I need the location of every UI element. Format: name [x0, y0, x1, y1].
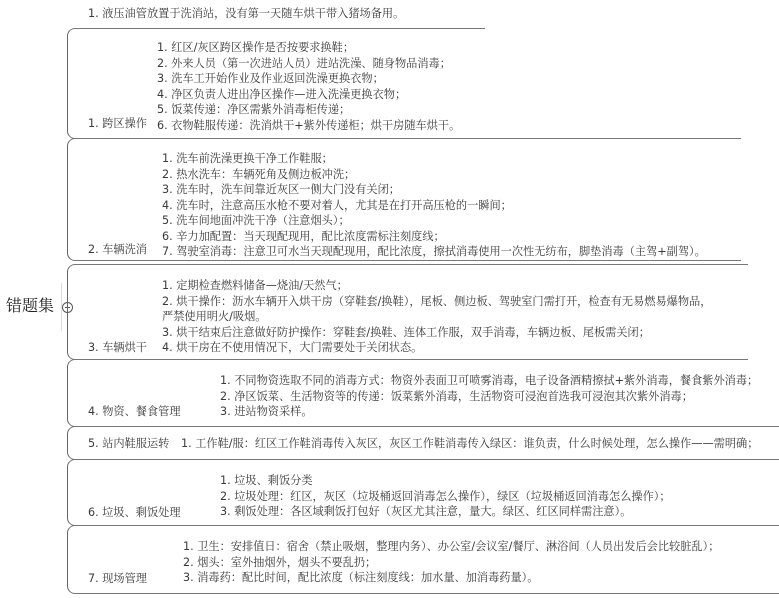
category-box-7: 7. 现场管理 1. 卫生：安排值日：宿舍（禁止吸烟，整理内务）、办公室/会议室…	[67, 525, 779, 594]
list-item[interactable]: 3. 洗车时，洗车间靠近灰区一侧大门没有关闭；	[162, 182, 706, 198]
list-item[interactable]: 6. 辛力加配置：当天现配现用，配比浓度需标注刻度线；	[162, 229, 706, 245]
list-item[interactable]: 1. 定期检查燃料储备—烧油/天然气；	[162, 278, 711, 294]
list-item[interactable]: 1. 工作鞋/服：红区工作鞋消毒传入灰区，灰区工作鞋消毒传入绿区：谁负责，什么时…	[181, 436, 758, 452]
list-item[interactable]: 5. 饭菜传递：净区需紫外消毒柜传递；	[157, 102, 460, 118]
category-items: 1. 不同物资选取不同的消毒方式：物资外表面卫可喷雾消毒，电子设备酒精擦拭+紫外…	[220, 373, 758, 420]
list-item[interactable]: 2. 烘干操作：沥水车辆开入烘干房（穿鞋套/换鞋），尾板、侧边板、驾驶室门需打开…	[162, 294, 711, 310]
list-item[interactable]: 2. 外来人员（第一次进站人员）进站洗澡、随身物品消毒；	[157, 56, 460, 72]
list-item[interactable]: 2. 热水洗车：车辆死角及侧边板冲洗；	[162, 167, 706, 183]
list-item[interactable]: 3. 进站物资采样。	[220, 404, 758, 420]
category-items: 1. 定期检查燃料储备—烧油/天然气； 2. 烘干操作：沥水车辆开入烘干房（穿鞋…	[162, 278, 711, 356]
list-item[interactable]: 1. 不同物资选取不同的消毒方式：物资外表面卫可喷雾消毒，电子设备酒精擦拭+紫外…	[220, 373, 758, 389]
category-items: 1. 红区/灰区跨区操作是否按要求换鞋； 2. 外来人员（第一次进站人员）进站洗…	[157, 40, 460, 133]
category-label[interactable]: 6. 垃圾、剩饭处理	[88, 505, 181, 521]
category-label[interactable]: 4. 物资、餐食管理	[88, 404, 181, 420]
list-item[interactable]: 1. 红区/灰区跨区操作是否按要求换鞋；	[157, 40, 460, 56]
category-items: 1. 洗车前洗澡更换干净工作鞋服； 2. 热水洗车：车辆死角及侧边板冲洗； 3.…	[162, 151, 706, 260]
list-item[interactable]: 2. 烟头：室外抽烟外，烟头不要乱扔；	[183, 555, 719, 571]
category-label[interactable]: 3. 车辆烘干	[88, 340, 147, 356]
category-label[interactable]: 7. 现场管理	[88, 571, 147, 587]
list-item[interactable]: 2. 净区饭菜、生活物资等的传递：饭菜紫外消毒，生活物资可浸泡首选我可浸泡其次紫…	[220, 389, 758, 405]
category-box-3: 3. 车辆烘干 1. 定期检查燃料储备—烧油/天然气； 2. 烘干操作：沥水车辆…	[67, 264, 748, 360]
top-note[interactable]: 1. 液压油管放置于洗消站，没有第一天随车烘干带入猪场备用。	[88, 6, 404, 22]
list-item[interactable]: 3. 烘干结束后注意做好防护操作：穿鞋套/换鞋、连体工作服，双手消毒，车辆边板、…	[162, 325, 711, 341]
list-item[interactable]: 2. 垃圾处理：红区，灰区（垃圾桶返回消毒怎么操作），绿区（垃圾桶返回消毒怎么操…	[220, 489, 671, 505]
category-label[interactable]: 2. 车辆洗消	[88, 242, 147, 258]
list-item[interactable]: 4. 烘干房在不使用情况下，大门需要处于关闭状态。	[162, 340, 711, 356]
list-item[interactable]: 6. 衣物鞋服传递：洗消烘干+紫外传递柜；烘干房随车烘干。	[157, 118, 460, 134]
list-item[interactable]: 5. 洗车间地面冲洗干净（注意烟头）；	[162, 213, 706, 229]
list-item[interactable]: 4. 洗车时，注意高压水枪不要对着人，尤其是在打开高压枪的一瞬间；	[162, 198, 706, 214]
category-box-2: 2. 车辆洗消 1. 洗车前洗澡更换干净工作鞋服； 2. 热水洗车：车辆死角及侧…	[67, 138, 741, 261]
list-item[interactable]: 3. 消毒药：配比时间，配比浓度（标注刻度线：加水量、加消毒药量）。	[183, 570, 719, 586]
category-box-6: 6. 垃圾、剩饭处理 1. 垃圾、剩饭分类 2. 垃圾处理：红区，灰区（垃圾桶返…	[67, 459, 779, 526]
category-box-4: 4. 物资、餐食管理 1. 不同物资选取不同的消毒方式：物资外表面卫可喷雾消毒，…	[67, 359, 748, 427]
category-box-1: 1. 跨区操作 1. 红区/灰区跨区操作是否按要求换鞋； 2. 外来人员（第一次…	[67, 28, 485, 139]
list-item[interactable]: 4. 净区负责人进出净区操作—进入洗澡更换衣物；	[157, 87, 460, 103]
category-box-5: 5. 站内鞋服运转 1. 工作鞋/服：红区工作鞋消毒传入灰区，灰区工作鞋消毒传入…	[67, 426, 779, 460]
category-items: 1. 垃圾、剩饭分类 2. 垃圾处理：红区，灰区（垃圾桶返回消毒怎么操作），绿区…	[220, 473, 671, 520]
list-item[interactable]: 3. 洗车工开始作业及作业返回洗澡更换衣物；	[157, 71, 460, 87]
list-item[interactable]: 1. 洗车前洗澡更换干净工作鞋服；	[162, 151, 706, 167]
list-item[interactable]: 1. 垃圾、剩饭分类	[220, 473, 671, 489]
category-items: 1. 卫生：安排值日：宿舍（禁止吸烟，整理内务）、办公室/会议室/餐厅、淋浴间（…	[183, 539, 719, 586]
root-topic[interactable]: 错题集	[6, 298, 54, 314]
list-item[interactable]: 1. 卫生：安排值日：宿舍（禁止吸烟，整理内务）、办公室/会议室/餐厅、淋浴间（…	[183, 539, 719, 555]
list-item[interactable]: 7. 驾驶室消毒：注意卫可水当天现配现用，配比浓度，擦拭消毒使用一次性无纺布，脚…	[162, 244, 706, 260]
list-item[interactable]: 严禁使用明火/吸烟。	[162, 309, 711, 325]
category-items: 1. 工作鞋/服：红区工作鞋消毒传入灰区，灰区工作鞋消毒传入绿区：谁负责，什么时…	[181, 436, 758, 452]
list-item[interactable]: 3. 剩饭处理：各区域剩饭打包好（灰区尤其注意，量大。绿区、红区同样需注意）。	[220, 504, 671, 520]
category-label[interactable]: 1. 跨区操作	[88, 116, 147, 132]
category-label[interactable]: 5. 站内鞋服运转	[88, 436, 169, 452]
